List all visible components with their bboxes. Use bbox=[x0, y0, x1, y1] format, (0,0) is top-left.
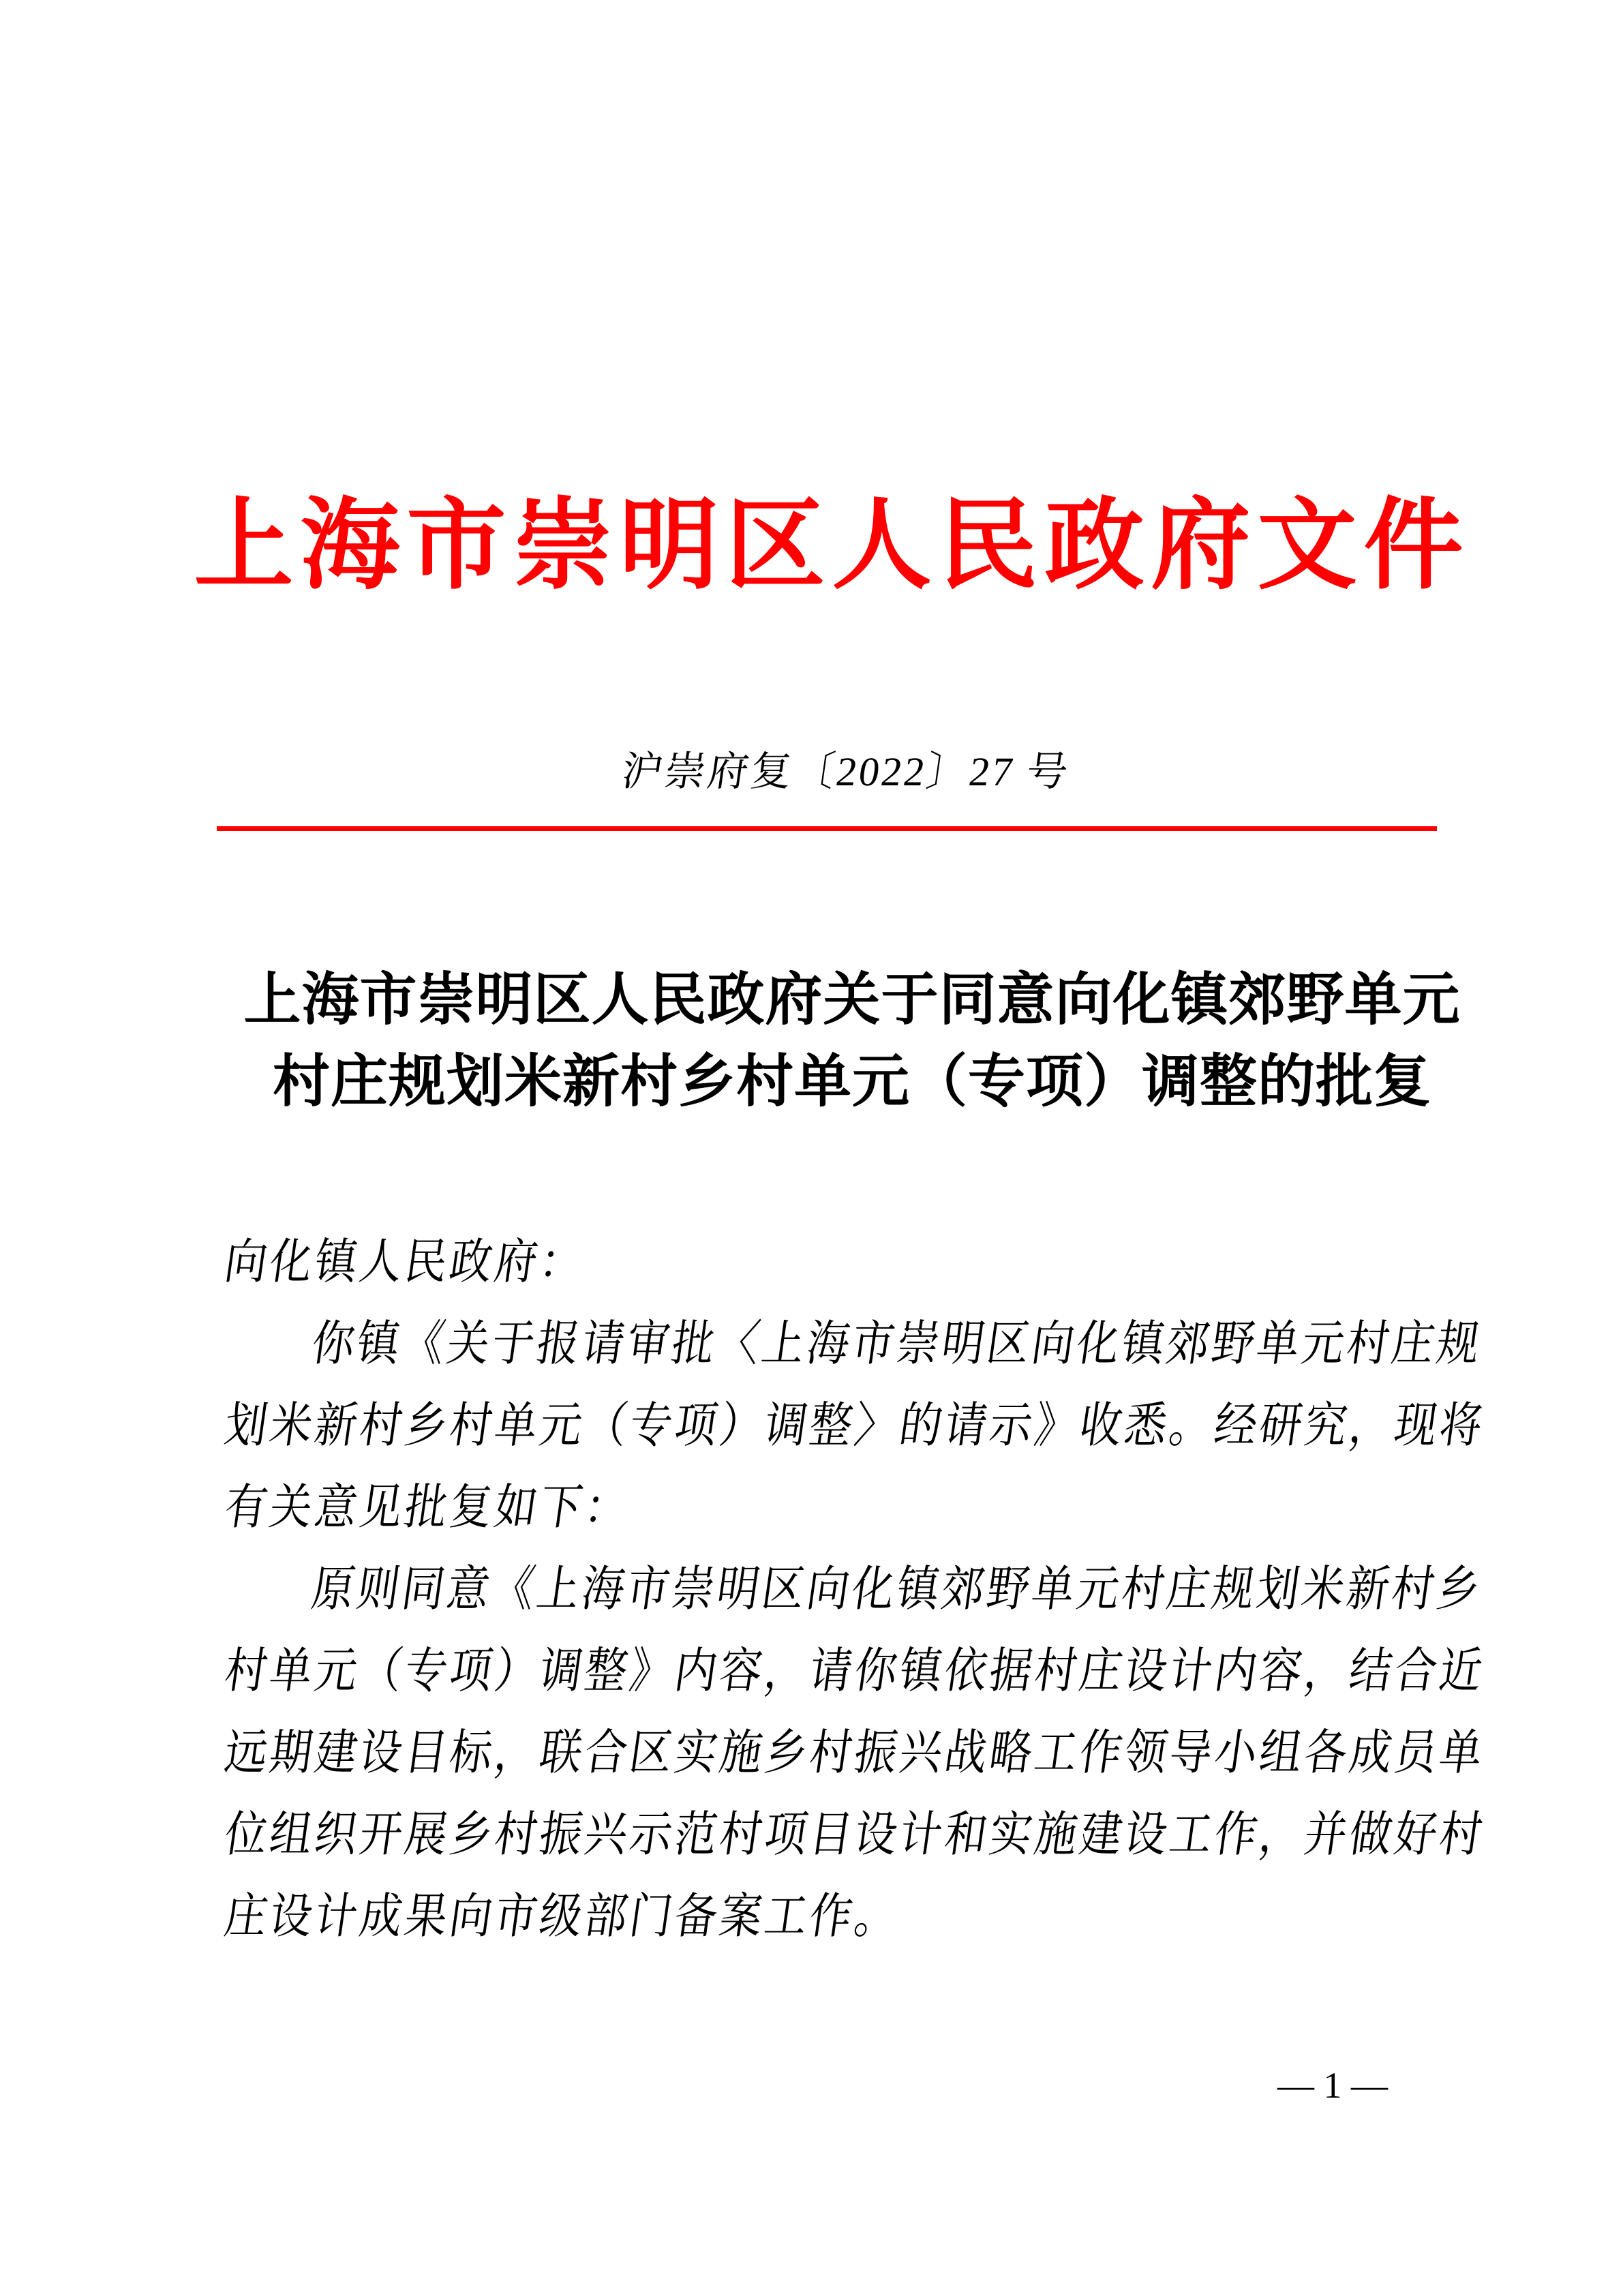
body-line: 你镇《关于报请审批〈上海市崇明区向化镇郊野单元村庄规 bbox=[218, 1297, 1499, 1391]
page-number: — 1 — bbox=[1254, 2063, 1411, 2108]
body-line: 庄设计成果向市级部门备案工作。 bbox=[218, 1870, 1499, 1964]
document-title: 上海市崇明区人民政府关于同意向化镇郊野单元 村庄规划米新村乡村单元（专项）调整的… bbox=[225, 960, 1479, 1123]
body-line: 位组织开展乡村振兴示范村项目设计和实施建设工作，并做好村 bbox=[218, 1788, 1499, 1882]
document-body: 向化镇人民政府： 你镇《关于报请审批〈上海市崇明区向化镇郊野单元村庄规 划米新村… bbox=[225, 1222, 1493, 1958]
body-line: 远期建设目标，联合区实施乡村振兴战略工作领导小组各成员单 bbox=[218, 1706, 1499, 1800]
title-line-2: 村庄规划米新村乡村单元（专项）调整的批复 bbox=[225, 1042, 1479, 1123]
body-line-salutation: 向化镇人民政府： bbox=[218, 1215, 1499, 1310]
red-divider-line bbox=[217, 826, 1437, 831]
body-line: 原则同意《上海市崇明区向化镇郊野单元村庄规划米新村乡 bbox=[218, 1543, 1499, 1637]
document-page: 上海市崇明区人民政府文件 沪崇府复〔2022〕27 号 上海市崇明区人民政府关于… bbox=[0, 0, 1623, 2296]
title-line-1: 上海市崇明区人民政府关于同意向化镇郊野单元 bbox=[225, 960, 1479, 1042]
body-line: 有关意见批复如下： bbox=[218, 1461, 1499, 1555]
body-line: 村单元（专项）调整》内容，请你镇依据村庄设计内容，结合近 bbox=[218, 1625, 1499, 1719]
document-number: 沪崇府复〔2022〕27 号 bbox=[61, 746, 1623, 798]
org-header-title: 上海市崇明区人民政府文件 bbox=[41, 492, 1623, 600]
body-line: 划米新村乡村单元（专项）调整〉的请示》收悉。经研究，现将 bbox=[218, 1379, 1499, 1473]
